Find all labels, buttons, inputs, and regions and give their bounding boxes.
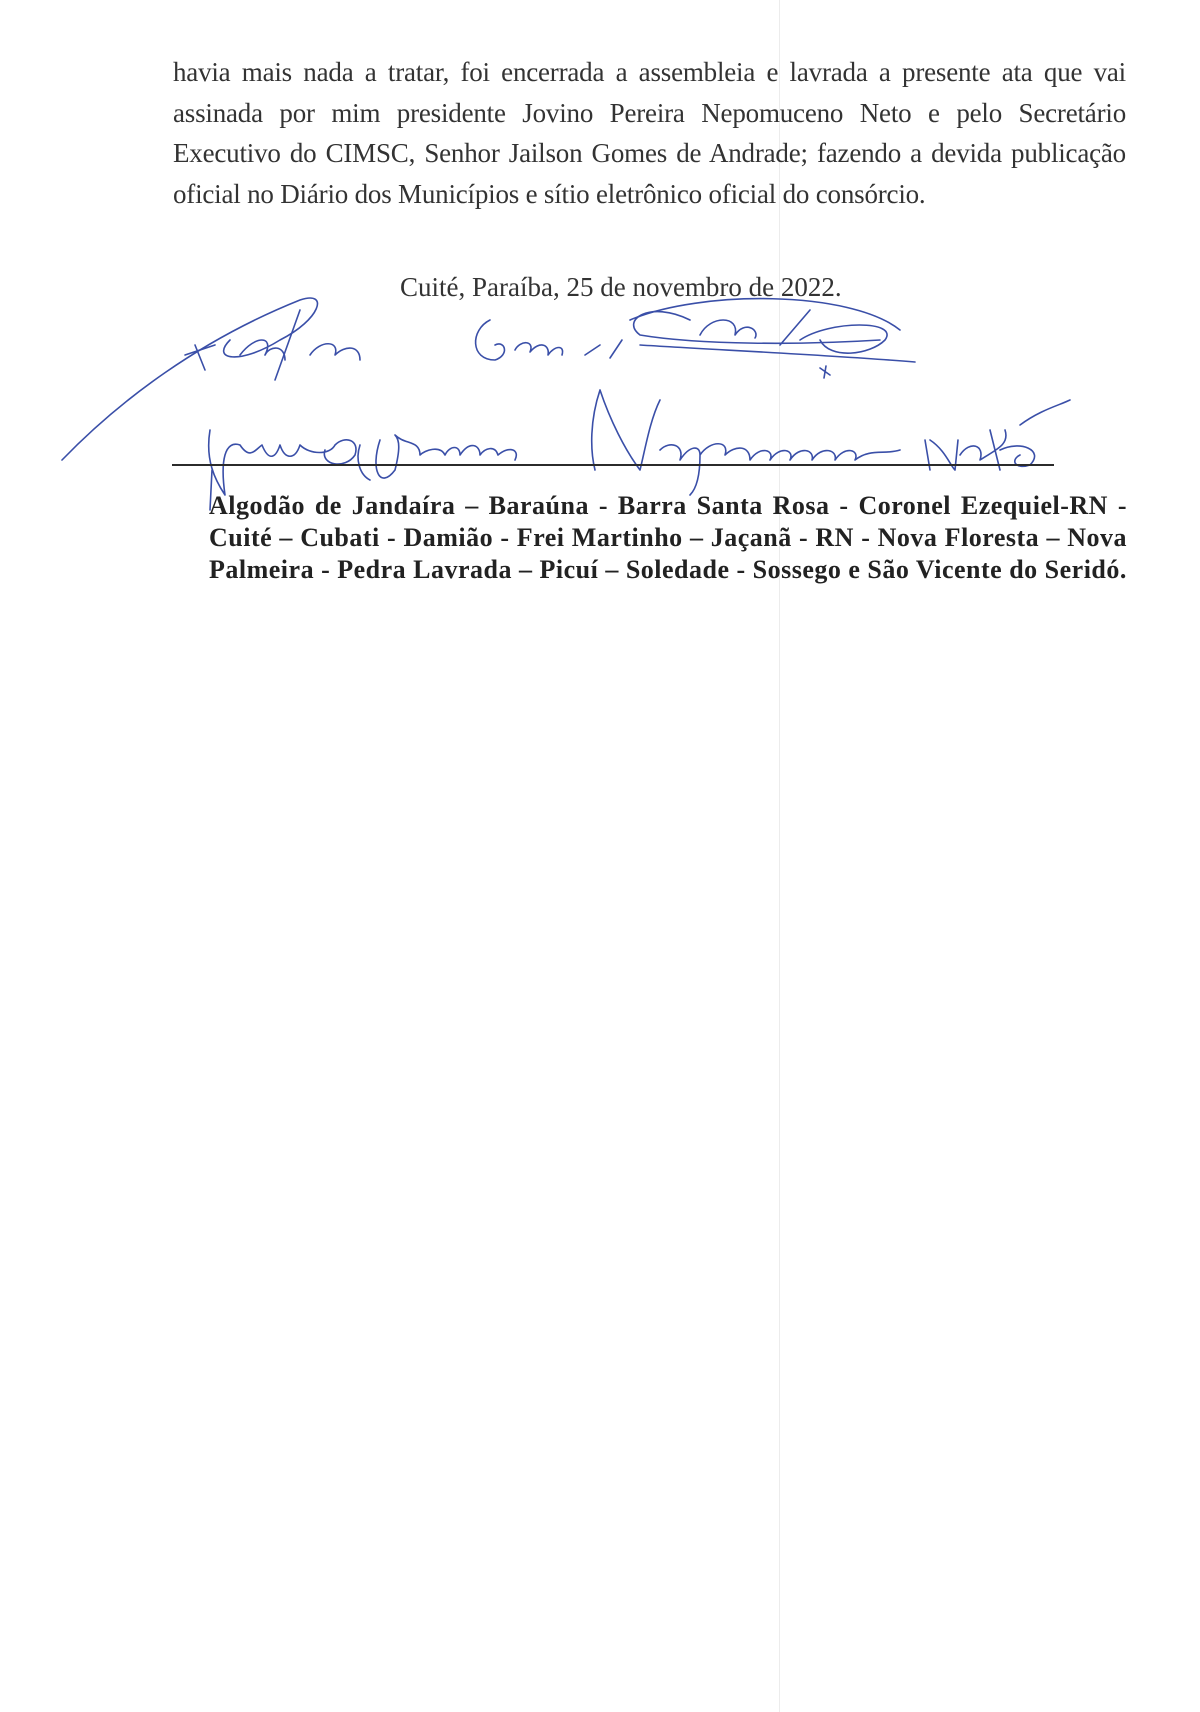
scan-fold-line — [779, 0, 780, 1712]
member-municipalities: Algodão de Jandaíra – Baraúna - Barra Sa… — [209, 490, 1127, 586]
date-line: Cuité, Paraíba, 25 de novembro de 2022. — [400, 272, 842, 303]
signature-secretario — [62, 298, 915, 460]
closing-paragraph: havia mais nada a tratar, foi encerrada … — [173, 52, 1126, 214]
document-page: havia mais nada a tratar, foi encerrada … — [0, 0, 1200, 1712]
signature-line — [172, 464, 1054, 466]
